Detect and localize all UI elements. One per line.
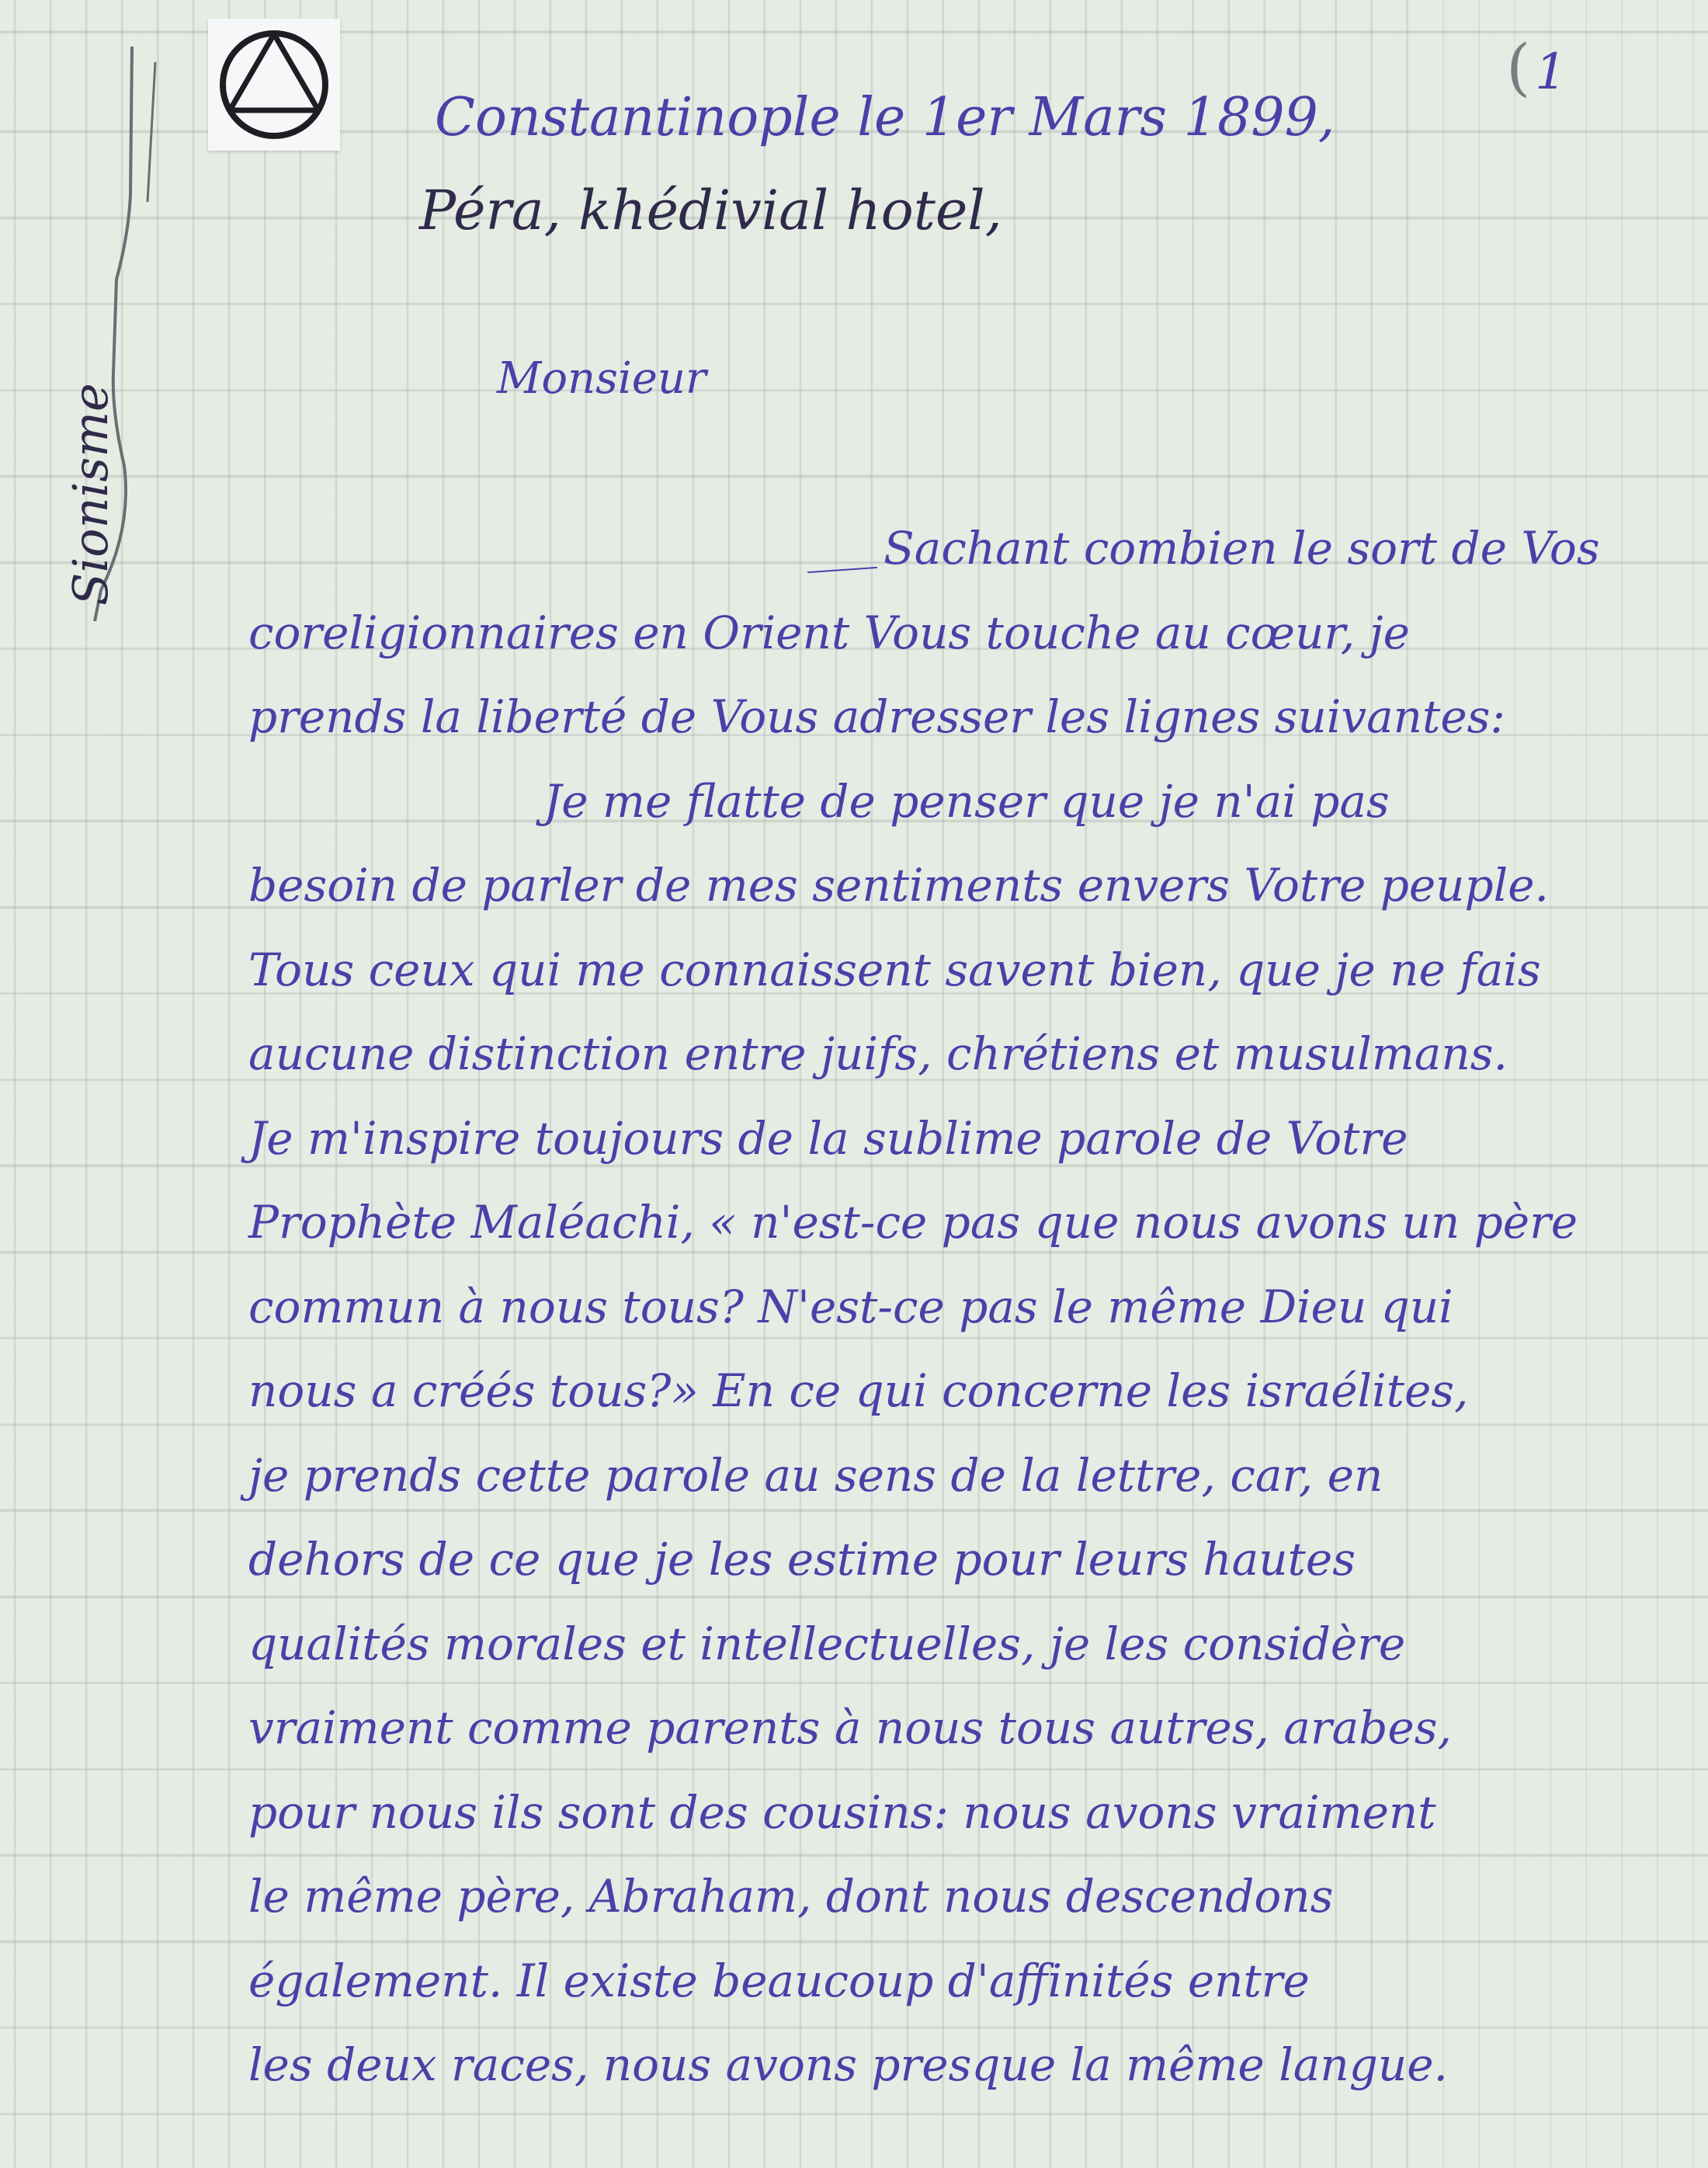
circle-triangle-icon — [216, 26, 332, 143]
page-number-value: 1 — [1535, 43, 1567, 101]
body-line: besoin de parler de mes sentiments enver… — [248, 849, 1677, 934]
body-line: également. Il existe beaucoup d'affinité… — [248, 1945, 1677, 2030]
archive-stamp — [208, 19, 340, 151]
body-line: qualités morales et intellectuelles, je … — [248, 1608, 1677, 1693]
body-line: les deux races, nous avons presque la mê… — [248, 2029, 1677, 2114]
body-line-text: également. Il existe beaucoup d'affinité… — [248, 1939, 1310, 2024]
body-line-text: besoin de parler de mes sentiments enver… — [248, 843, 1549, 928]
margin-note-text: Sionisme — [62, 383, 119, 606]
body-line-text: qualités morales et intellectuelles, je … — [248, 1602, 1405, 1687]
margin-annotation: Sionisme — [39, 47, 171, 613]
body-line: Tous ceux qui me connaissent savent bien… — [248, 934, 1677, 1019]
body-line: prends la liberté de Vous adresser les l… — [248, 681, 1677, 766]
body-line-text: coreligionnaires en Orient Vous touche a… — [248, 591, 1410, 676]
body-line-text: Je me flatte de penser que je n'ai pas — [543, 759, 1390, 844]
letter-body: Sachant combien le sort de Vos coreligio… — [248, 512, 1677, 2114]
body-line-text: dehors de ce que je les estime pour leur… — [248, 1517, 1356, 1602]
body-line-text: commun à nous tous? N'est-ce pas le même… — [248, 1265, 1453, 1350]
body-line: Je me flatte de penser que je n'ai pas — [248, 766, 1677, 850]
body-line: nous a créés tous?» En ce qui concerne l… — [248, 1355, 1677, 1440]
body-line: je prends cette parole au sens de la let… — [248, 1440, 1677, 1524]
salutation: Monsieur — [497, 353, 706, 404]
body-line-text: prends la liberté de Vous adresser les l… — [248, 675, 1505, 759]
paragraph-flourish — [807, 566, 877, 572]
address-line: Péra, khédivial hotel, — [419, 179, 1002, 242]
body-line: vraiment comme parents à nous tous autre… — [248, 1692, 1677, 1777]
body-line-text: pour nous ils sont des cousins: nous avo… — [248, 1770, 1436, 1855]
body-line: le même père, Abraham, dont nous descend… — [248, 1861, 1677, 1945]
body-line: coreligionnaires en Orient Vous touche a… — [248, 597, 1677, 682]
body-line-text: les deux races, nous avons presque la mê… — [248, 2023, 1448, 2107]
body-line-text: Je m'inspire toujours de la sublime paro… — [248, 1096, 1408, 1181]
body-line-text: je prends cette parole au sens de la let… — [248, 1433, 1383, 1518]
body-line-text: aucune distinction entre juifs, chrétien… — [248, 1012, 1508, 1096]
body-line: Sachant combien le sort de Vos — [248, 512, 1677, 597]
body-line-text: nous a créés tous?» En ce qui concerne l… — [248, 1349, 1468, 1433]
place-date-line: Constantinople le 1er Mars 1899, — [435, 87, 1335, 148]
body-line: Prophète Maléachi, « n'est-ce pas que no… — [248, 1186, 1677, 1271]
body-line: commun à nous tous? N'est-ce pas le même… — [248, 1271, 1677, 1356]
body-line-text: Tous ceux qui me connaissent savent bien… — [248, 928, 1541, 1013]
body-line-text: le même père, Abraham, dont nous descend… — [248, 1854, 1333, 1939]
body-line: pour nous ils sont des cousins: nous avo… — [248, 1777, 1677, 1861]
body-line: Je m'inspire toujours de la sublime paro… — [248, 1103, 1677, 1187]
page-number: (1 — [1506, 31, 1567, 103]
body-line: aucune distinction entre juifs, chrétien… — [248, 1018, 1677, 1103]
body-line-text: Sachant combien le sort de Vos — [884, 506, 1600, 591]
page-number-bracket: ( — [1506, 31, 1530, 103]
body-line-text: Prophète Maléachi, « n'est-ce pas que no… — [248, 1180, 1578, 1265]
body-line-text: vraiment comme parents à nous tous autre… — [248, 1686, 1452, 1770]
body-line: dehors de ce que je les estime pour leur… — [248, 1524, 1677, 1608]
